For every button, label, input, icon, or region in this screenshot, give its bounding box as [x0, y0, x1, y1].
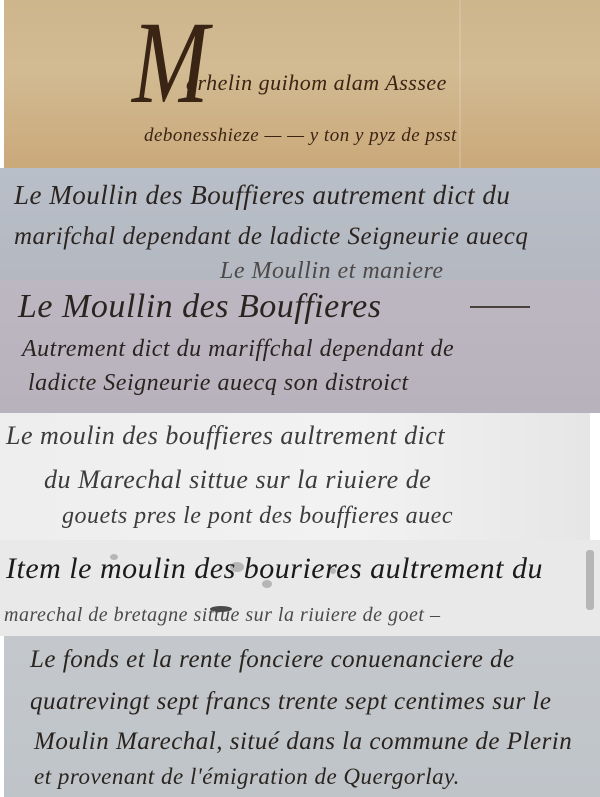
manuscript-line-partial: Le Moullin et maniere [220, 258, 444, 280]
manuscript-strip-5: Item le moulin des bourieres aultrement … [0, 540, 600, 636]
manuscript-line: Moulin Marechal, situé dans la commune d… [34, 728, 572, 756]
manuscript-line: debonesshieze — — y ton y pyz de psst [144, 125, 457, 147]
manuscript-line: arhelin guihom alam Asssee [186, 70, 447, 96]
manuscript-line: Le Moullin des Bouffieres [18, 288, 381, 326]
manuscript-line: ladicte Seigneurie auecq son distroict [28, 370, 409, 397]
manuscript-strip-3: Le Moullin des Bouffieres Autrement dict… [0, 280, 600, 413]
manuscript-line: et provenant de l'émigration de Quergorl… [34, 764, 460, 790]
decorated-initial: M [132, 4, 209, 122]
line-filler-stroke [470, 306, 530, 308]
manuscript-line: marechal de bretagne sittue sur la riuie… [4, 604, 440, 627]
manuscript-line: du Marechal sittue sur la riuiere de [44, 465, 431, 495]
manuscript-line: Autrement dict du mariffchal dependant d… [22, 336, 454, 363]
edge-stain [586, 550, 594, 610]
manuscript-line: gouets pres le pont des bouffieres auec [62, 503, 453, 530]
manuscript-line: Le fonds et la rente fonciere conuenanci… [30, 646, 515, 674]
manuscript-strip-4: Le moulin des bouffieres aultrement dict… [0, 413, 590, 540]
manuscript-line: marifchal dependant de ladicte Seigneuri… [14, 223, 528, 251]
manuscript-line: Item le moulin des bourieres aultrement … [6, 552, 543, 586]
manuscript-strip-1: M arhelin guihom alam Asssee debonesshie… [4, 0, 600, 168]
manuscript-strip-6: Le fonds et la rente fonciere conuenanci… [4, 636, 600, 797]
paper-fold [459, 0, 461, 168]
manuscript-collage: M arhelin guihom alam Asssee debonesshie… [0, 0, 600, 797]
manuscript-line: Le Moullin des Bouffieres autrement dict… [14, 180, 510, 211]
manuscript-strip-2: Le Moullin des Bouffieres autrement dict… [0, 168, 600, 280]
manuscript-line: quatrevingt sept francs trente sept cent… [30, 688, 551, 716]
manuscript-line: Le moulin des bouffieres aultrement dict [6, 421, 445, 451]
